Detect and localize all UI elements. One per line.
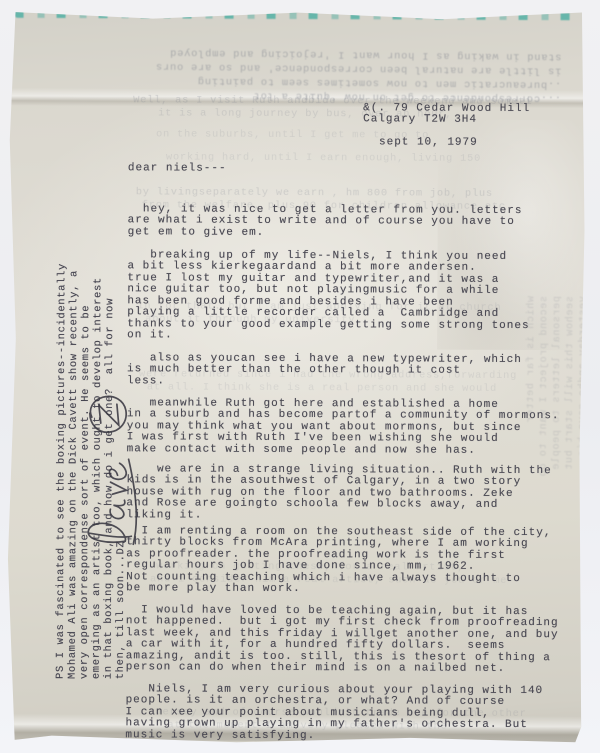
signature-dave bbox=[79, 375, 142, 551]
address-line2: Calgary T2W 3H4 bbox=[363, 114, 477, 126]
letter-paper: ...correspondence to get on now 'quite a… bbox=[5, 8, 586, 746]
letter-date: sept 10, 1979 bbox=[379, 137, 478, 149]
paragraph-5: we are in a strange living situation.. R… bbox=[126, 464, 551, 523]
paragraph-8: Niels, I am very curious about your play… bbox=[125, 684, 543, 743]
torn-notebook-edge bbox=[15, 11, 575, 20]
photo-of-typed-letter: { "header": { "address_line1": "&(. 79 C… bbox=[0, 0, 600, 753]
paragraph-4: meanwhile Ruth got here and established … bbox=[127, 398, 560, 457]
sender-address: &(. 79 Cedar Wood HillCalgary T2W 3H4 bbox=[363, 103, 530, 127]
signature-ink bbox=[79, 375, 142, 551]
paragraph-2: breaking up of my life--Niels, I think y… bbox=[127, 250, 530, 343]
paragraph-1: hey, it was nice to get a letter from yo… bbox=[128, 204, 523, 240]
salutation: dear niels--- bbox=[128, 163, 227, 175]
ghost-text-line: by livingseparately we earn , hm 800 fro… bbox=[136, 186, 493, 200]
paragraph-3: also as youcan see i have a new typewrit… bbox=[127, 353, 522, 389]
paragraph-6: I am renting a room on the southeast sid… bbox=[126, 526, 551, 597]
paragraph-7: I would have loved to be teaching again,… bbox=[126, 605, 559, 676]
